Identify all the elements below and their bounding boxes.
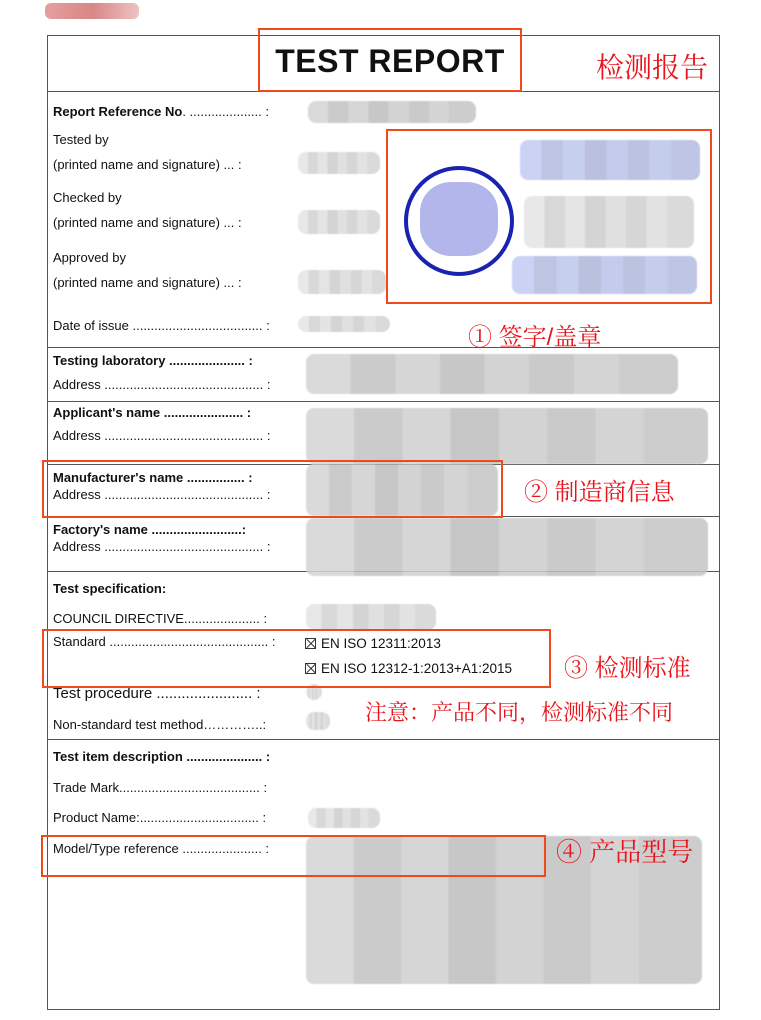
redacted-tester-name	[298, 152, 380, 174]
standard-note-annotation: 注意：产品不同，检测标准不同	[365, 696, 673, 727]
model-annotation: ④ 产品型号	[556, 832, 693, 869]
redacted-date-of-issue	[298, 316, 390, 332]
trade-mark-label: Trade Mark..............................…	[53, 780, 267, 795]
council-directive-label: COUNCIL DIRECTIVE..................... :	[53, 611, 267, 626]
manufacturer-callout-box	[42, 460, 503, 518]
model-callout-box	[41, 835, 546, 877]
product-name-label: Product Name:...........................…	[53, 810, 266, 825]
tested-by-signature-label: (printed name and signature) ... :	[53, 157, 242, 172]
test-specification-label: Test specification:	[53, 581, 166, 596]
tested-by-label: Tested by	[53, 132, 109, 147]
redacted-factory	[306, 518, 708, 576]
manufacturer-annotation: ② 制造商信息	[512, 468, 689, 513]
approved-by-label: Approved by	[53, 250, 126, 265]
redacted-checker-name	[298, 210, 380, 234]
redacted-non-standard-method	[306, 712, 330, 730]
checked-by-label: Checked by	[53, 190, 122, 205]
approved-by-signature-label: (printed name and signature) ... :	[53, 275, 242, 290]
title-annotation: 检测报告	[596, 46, 708, 86]
redacted-council-directive	[306, 604, 436, 630]
standard-callout-box	[42, 629, 551, 688]
test-procedure-label: Test procedure ....................... :	[53, 686, 261, 701]
divider	[47, 401, 720, 402]
redacted-logo	[45, 3, 139, 19]
factory-name-label: Factory's name .........................…	[53, 522, 246, 537]
applicant-name-label: Applicant's name ...................... …	[53, 405, 251, 420]
report-title: TEST REPORT	[258, 28, 522, 92]
signature-callout-box	[386, 129, 712, 304]
signature-annotation: ① 签字/盖章	[468, 317, 601, 352]
testing-laboratory-address-label: Address ................................…	[53, 377, 270, 392]
redacted-report-reference	[308, 101, 476, 123]
redacted-applicant	[306, 408, 708, 464]
divider	[47, 739, 720, 740]
redacted-product-name	[308, 808, 380, 828]
applicant-address-label: Address ................................…	[53, 428, 270, 443]
standard-annotation: ③ 检测标准	[564, 648, 691, 683]
test-item-description-label: Test item description ..................…	[53, 749, 270, 764]
redacted-testing-laboratory	[306, 354, 678, 394]
checked-by-signature-label: (printed name and signature) ... :	[53, 215, 242, 230]
divider	[47, 347, 720, 348]
non-standard-test-method-label: Non-standard test method…………..:	[53, 717, 266, 732]
report-reference-label: Report Reference No. ...................…	[53, 104, 269, 119]
date-of-issue-label: Date of issue ..........................…	[53, 318, 270, 333]
redacted-approver-name	[298, 270, 386, 294]
testing-laboratory-label: Testing laboratory .....................…	[53, 353, 253, 368]
factory-address-label: Address ................................…	[53, 539, 270, 554]
